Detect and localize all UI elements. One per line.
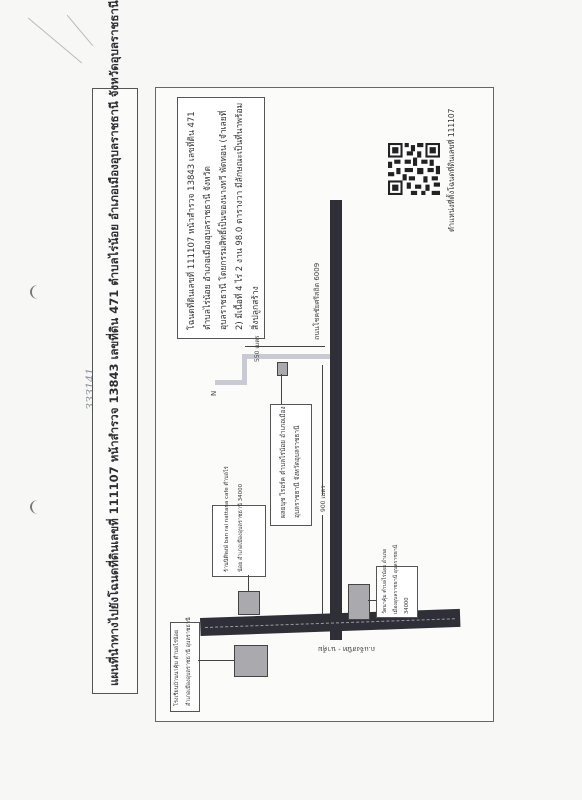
scan-mark: [67, 15, 93, 46]
distance-line: [322, 365, 323, 495]
landmark-label: วัดนาคุ้ม ตำบลไร่น้อย อำเภอ: [380, 549, 390, 614]
distance-line: [322, 515, 323, 615]
info-line: โฉนดที่ดินเลขที่ 111107 หน้าสำรวจ 13843 …: [184, 111, 198, 330]
landmark-label: 34000: [402, 597, 412, 614]
punch-hole-mark: [30, 500, 46, 514]
main-road-label: ถนนโชคชัยศรีสถิต 6009: [312, 263, 323, 340]
target-building: [277, 362, 288, 376]
side-road: [215, 380, 247, 385]
landmark-label-box: [270, 404, 312, 526]
info-line: อุบลราชธานี โดยกรรมสิทธิ์เป็นของนางทวี พ…: [216, 111, 230, 330]
landmark-label: อุบลราชธานี จังหวัดอุบลราชธานี: [292, 426, 302, 518]
info-line: สิ่งปลูกสร้าง: [248, 286, 262, 330]
distance-mid-label: 900 เมตร: [318, 486, 328, 512]
distance-top-label: 550 เมตร: [252, 336, 262, 362]
temple-building: [348, 584, 370, 620]
connector-line: [281, 374, 282, 404]
punch-hole-mark: [30, 285, 46, 299]
info-line: ตำบลไร่น้อย อำเภอเมืองอุบลราชธานี จังหวั…: [200, 166, 214, 330]
document-title: แผนที่นำทางไปยังโฉนดที่ดินเลขที่ 111107 …: [106, 0, 124, 686]
cafe-building: [238, 591, 260, 615]
landmark-label: ผลยนุช ไรอร์ค ตำบลไร่น้อย อำเภอเมือง: [278, 406, 288, 518]
landmark-label: น้อย อำเภอเมืองอุบลราชธานี 34000: [236, 484, 246, 572]
qr-code-icon[interactable]: [388, 143, 440, 195]
landmark-label: โรงเรียนบ้านนาคุ้ม ตำบลไร่น้อย: [172, 630, 182, 706]
connector-line: [198, 660, 234, 661]
landmark-label: ร้านนิติพงษ์ ban rai nattana cafe ตำบลไร…: [222, 466, 232, 572]
landmark-label: อำเภอเมืองอุบลราชธานี อุบลราชธานี: [184, 617, 194, 706]
qr-caption: ตำแหน่งที่ตั้งโฉนดที่ดินเลขที่ 111107: [446, 109, 458, 232]
north-marker: N: [210, 391, 218, 396]
bottom-road-label: ถ.แจ้งสนิท - นาคุ้ม: [318, 643, 375, 654]
landmark-label: เมืองอุบลราชธานี อุบลราชธานี: [391, 545, 401, 614]
main-road: [330, 200, 342, 640]
school-building: [234, 645, 268, 677]
info-line: 2) มีเนื้อที่ 4 ไร่ 2 งาน 98.0 ตารางวา ม…: [232, 103, 246, 330]
